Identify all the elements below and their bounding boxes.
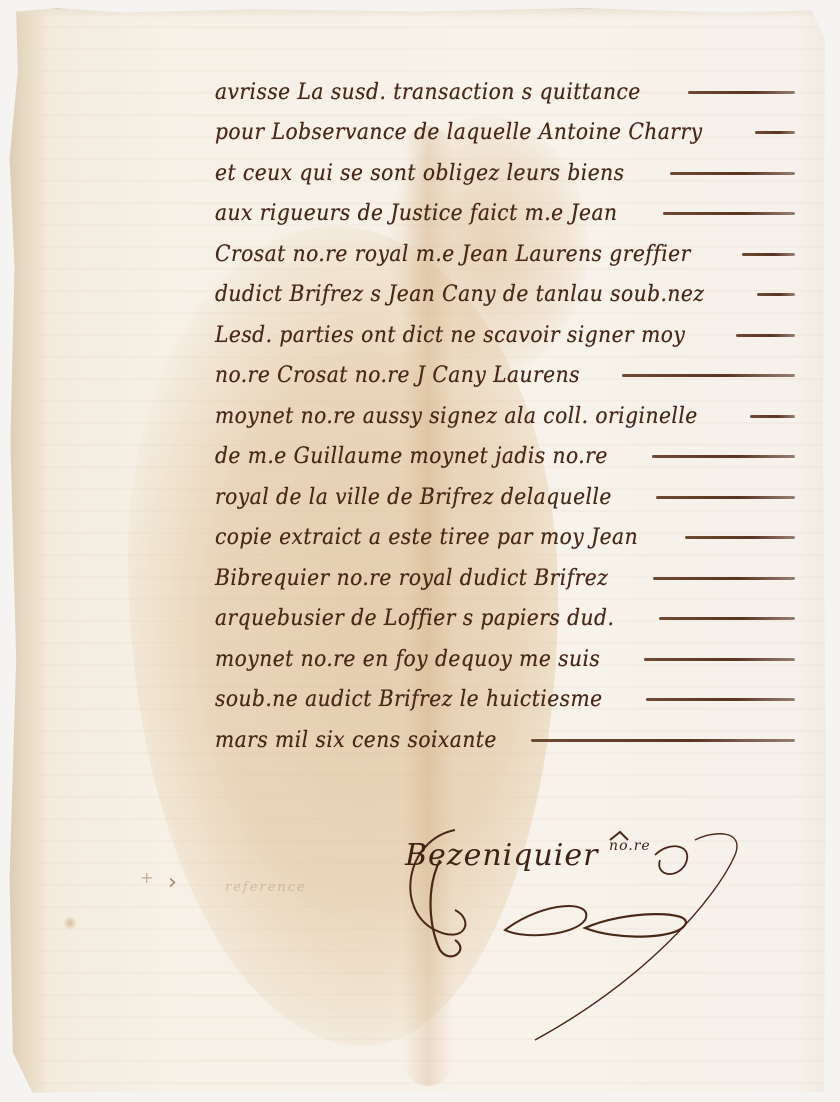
manuscript-line: Crosat no.re royal m.e Jean Laurens gref…: [215, 234, 815, 275]
line-text: et ceux qui se sont obligez leurs biens: [215, 161, 625, 186]
manuscript-line: arquebusier de Loffier s papiers dud.: [215, 599, 815, 640]
line-text: avrisse La susd. transaction s quittance: [215, 80, 641, 105]
line-filler-stroke: [755, 131, 795, 134]
line-filler-stroke: [742, 253, 795, 256]
manuscript-line: et ceux qui se sont obligez leurs biens: [215, 153, 815, 194]
line-filler-stroke: [663, 212, 795, 215]
manuscript-line: Bibrequier no.re royal dudict Brifrez: [215, 558, 815, 599]
line-filler-stroke: [685, 536, 795, 539]
line-text: de m.e Guillaume moynet jadis no.re: [215, 444, 608, 469]
manuscript-line: avrisse La susd. transaction s quittance: [215, 72, 815, 113]
worn-top-edge: [8, 6, 828, 18]
line-text: mars mil six cens soixante: [215, 728, 497, 753]
worn-left-edge: [8, 6, 48, 1096]
bleed-through-text: reference: [225, 880, 307, 895]
line-text: no.re Crosat no.re J Cany Laurens: [215, 363, 580, 388]
manuscript-line: soub.ne audict Brifrez le huictiesme: [215, 680, 815, 721]
ink-spot: [63, 916, 77, 930]
manuscript-body: avrisse La susd. transaction s quittance…: [215, 72, 815, 761]
scanned-page: + › reference avrisse La susd. transacti…: [0, 0, 840, 1102]
manuscript-line: mars mil six cens soixante: [215, 720, 815, 761]
line-filler-stroke: [688, 91, 795, 94]
line-filler-stroke: [659, 617, 795, 620]
line-text: Lesd. parties ont dict ne scavoir signer…: [215, 323, 685, 348]
manuscript-line: pour Lobservance de laquelle Antoine Cha…: [215, 113, 815, 154]
line-filler-stroke: [656, 496, 795, 499]
line-text: moynet no.re en foy dequoy me suis: [215, 647, 600, 672]
manuscript-line: moynet no.re en foy dequoy me suis: [215, 639, 815, 680]
line-text: Bibrequier no.re royal dudict Brifrez: [215, 566, 608, 591]
line-filler-stroke: [652, 455, 795, 458]
line-filler-stroke: [531, 739, 795, 742]
line-filler-stroke: [644, 658, 795, 661]
line-text: dudict Brifrez s Jean Cany de tanlau sou…: [215, 282, 704, 307]
margin-cross-mark: +: [140, 868, 153, 887]
manuscript-line: moynet no.re aussy signez ala coll. orig…: [215, 396, 815, 437]
line-text: copie extraict a este tiree par moy Jean: [215, 525, 638, 550]
manuscript-line: royal de la ville de Brifrez delaquelle: [215, 477, 815, 518]
line-text: soub.ne audict Brifrez le huictiesme: [215, 687, 603, 712]
line-text: moynet no.re aussy signez ala coll. orig…: [215, 404, 698, 429]
manuscript-line: de m.e Guillaume moynet jadis no.re: [215, 437, 815, 478]
line-filler-stroke: [622, 374, 795, 377]
manuscript-line: Lesd. parties ont dict ne scavoir signer…: [215, 315, 815, 356]
margin-arrow-mark: ›: [168, 870, 177, 895]
line-filler-stroke: [736, 334, 795, 337]
notary-signature: Bezeniquier no.re: [405, 838, 651, 873]
line-text: pour Lobservance de laquelle Antoine Cha…: [215, 120, 702, 145]
manuscript-line: aux rigueurs de Justice faict m.e Jean: [215, 194, 815, 235]
line-text: Crosat no.re royal m.e Jean Laurens gref…: [215, 242, 691, 267]
manuscript-line: dudict Brifrez s Jean Cany de tanlau sou…: [215, 275, 815, 316]
line-filler-stroke: [646, 698, 795, 701]
signature-suffix: no.re: [609, 838, 651, 854]
line-filler-stroke: [750, 415, 795, 418]
line-filler-stroke: [653, 577, 795, 580]
line-filler-stroke: [670, 172, 795, 175]
line-text: aux rigueurs de Justice faict m.e Jean: [215, 201, 618, 226]
manuscript-line: no.re Crosat no.re J Cany Laurens: [215, 356, 815, 397]
line-text: arquebusier de Loffier s papiers dud.: [215, 606, 614, 631]
line-text: royal de la ville de Brifrez delaquelle: [215, 485, 612, 510]
line-filler-stroke: [757, 293, 795, 296]
signature-name: Bezeniquier: [405, 838, 599, 873]
manuscript-line: copie extraict a este tiree par moy Jean: [215, 518, 815, 559]
